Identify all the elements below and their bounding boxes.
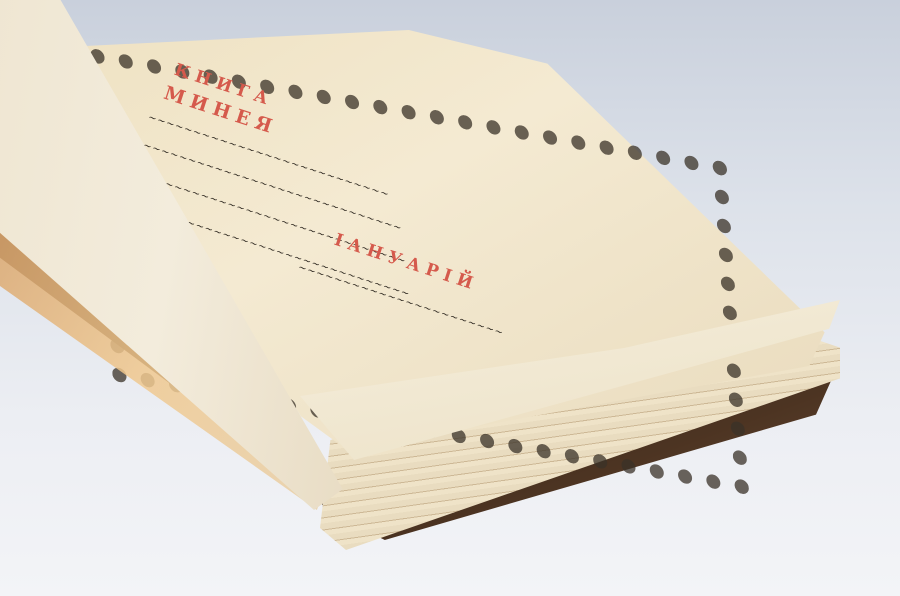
photo-scene: КНИГА МИНЕЯ ~~~~~~~~~~~~~~~~~~~~~~~~~~~ … (0, 0, 900, 596)
